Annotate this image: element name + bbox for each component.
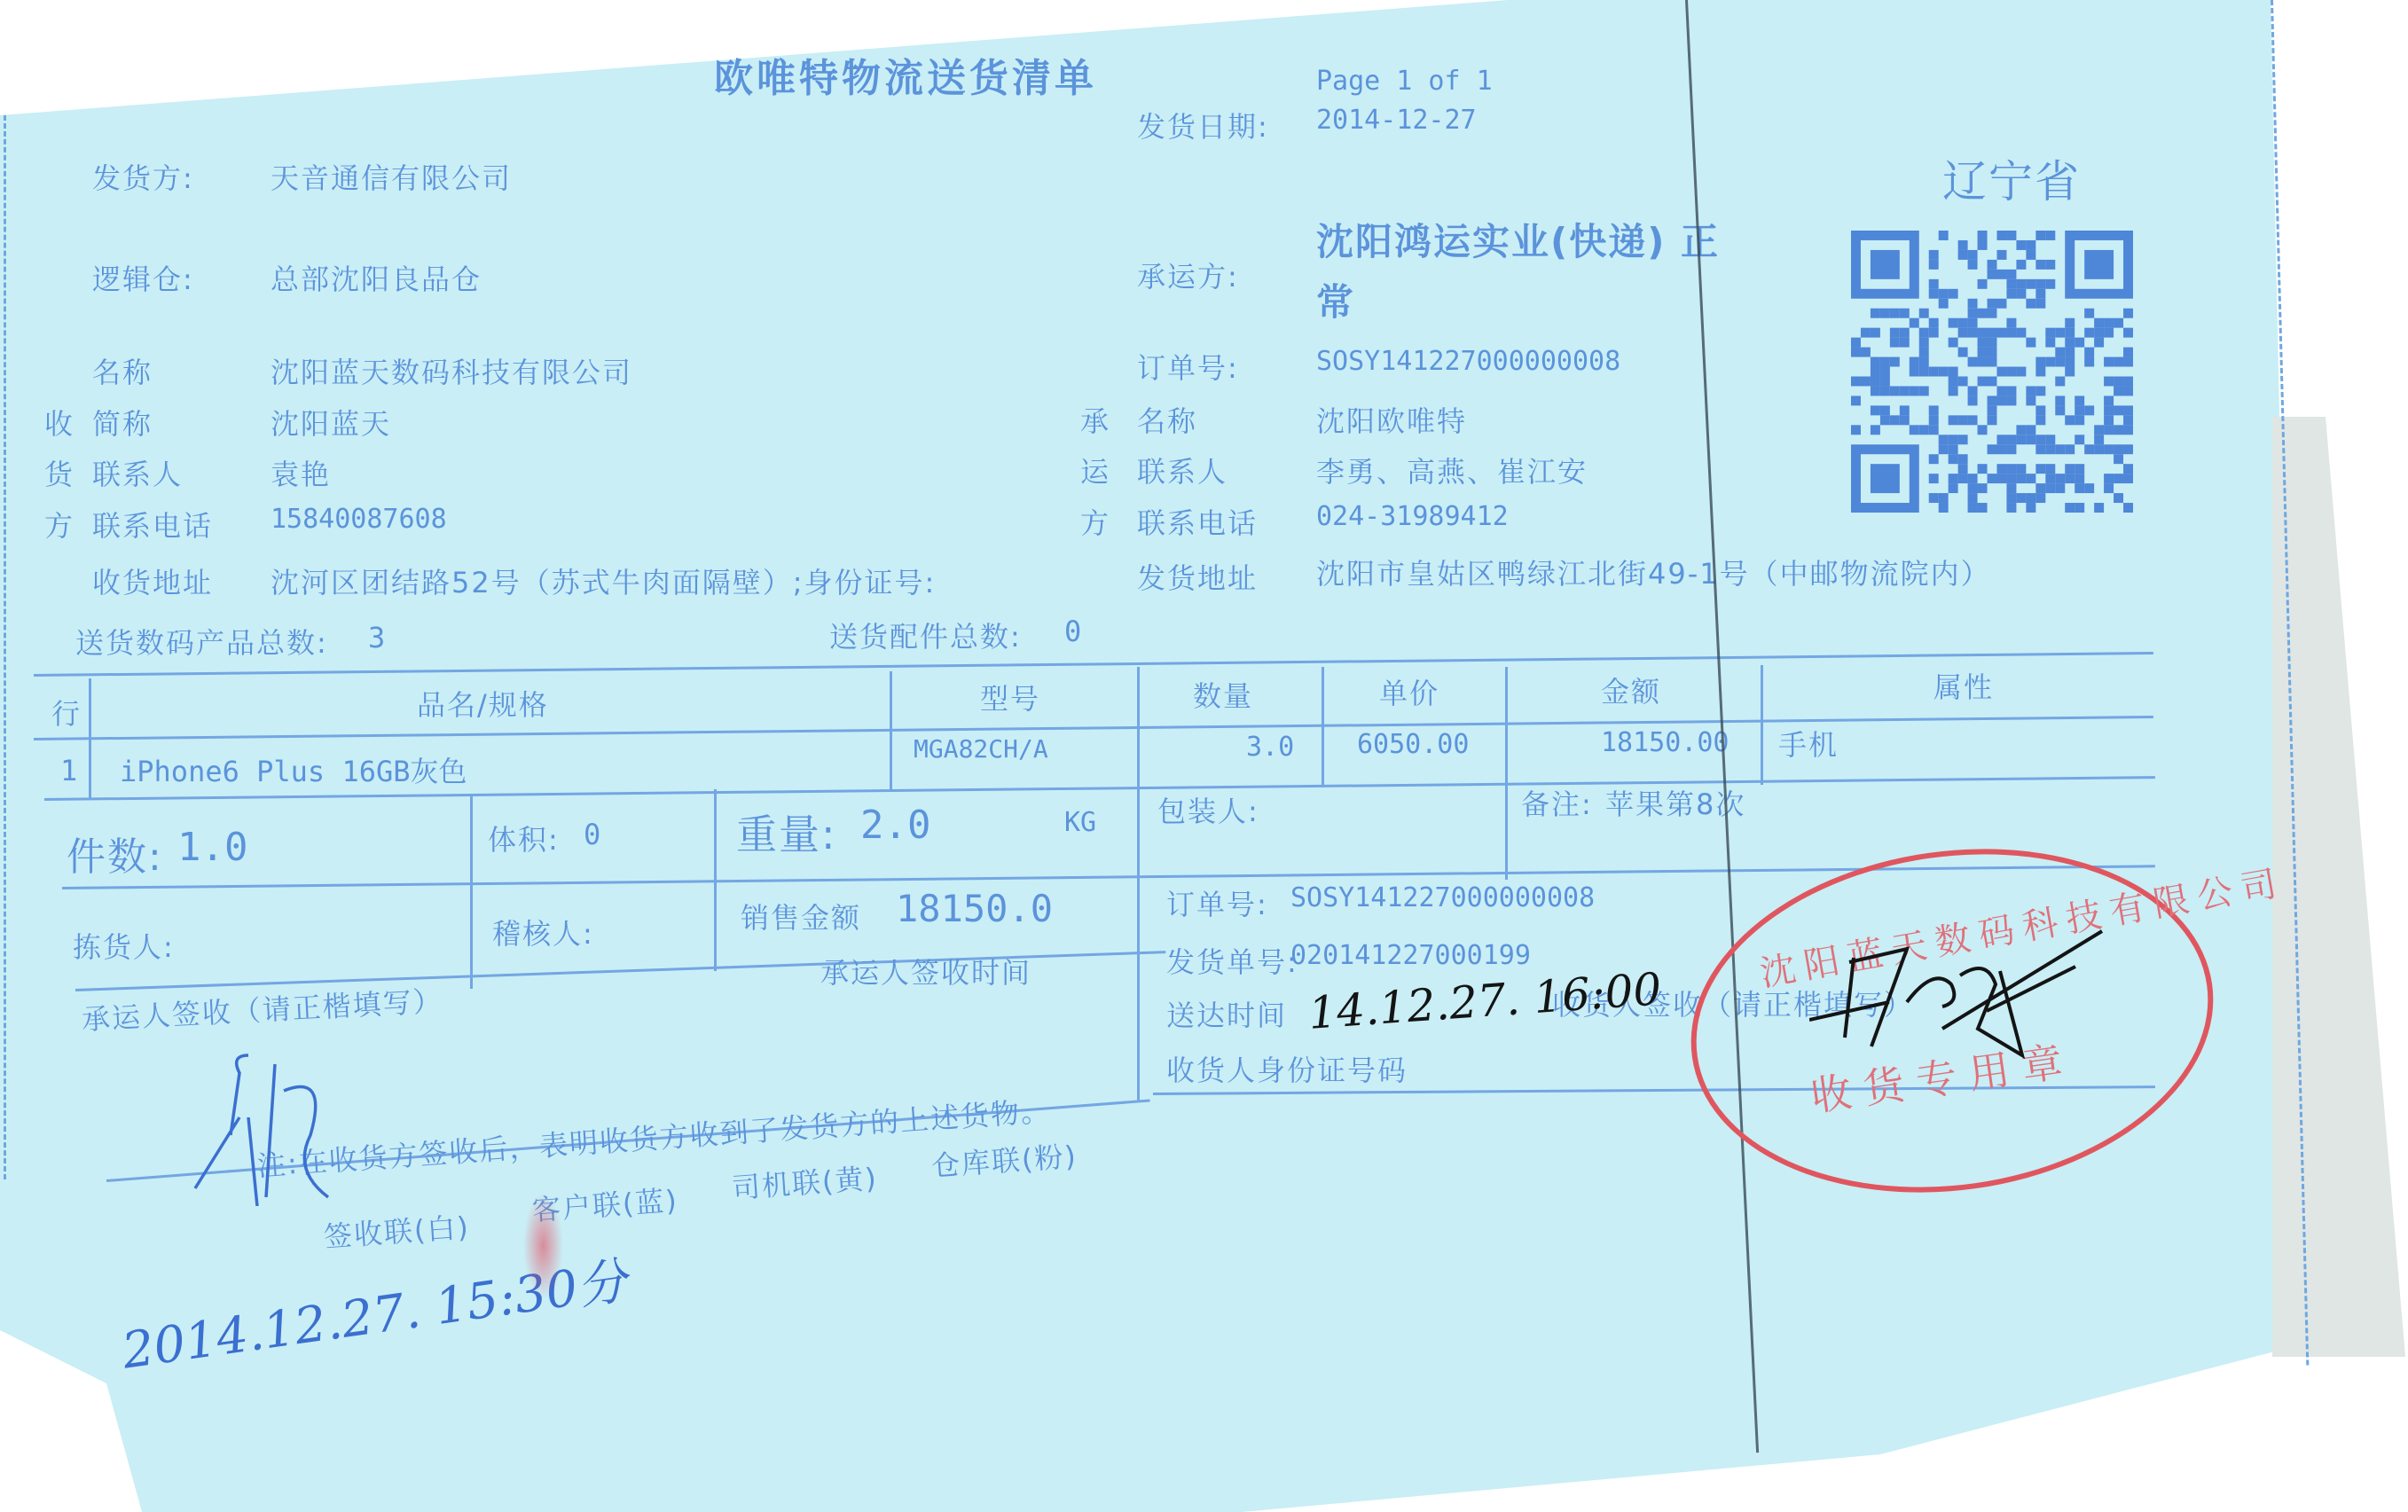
remark-label: 备注: — [1521, 782, 1593, 823]
cell-amount: 18150.00 — [1601, 727, 1730, 758]
receiver-name-label: 名称 — [92, 350, 153, 391]
transporter-address: 沈阳市皇姑区鸭绿江北街49-1号（中邮物流院内） — [1316, 552, 1991, 592]
transporter-contact: 李勇、高燕、崔江安 — [1316, 450, 1588, 490]
receiver-side-2: 货 — [44, 452, 75, 493]
ship-no-label: 发货单号: — [1166, 940, 1298, 981]
weight: 2.0 — [860, 803, 930, 848]
shipper-label: 发货方: — [92, 156, 194, 197]
qr-code — [1851, 231, 2133, 513]
th-model: 型号 — [980, 677, 1040, 717]
receiver-side-1: 收 — [44, 402, 75, 443]
fingerprint — [523, 1193, 563, 1299]
sales-amount: 18150.0 — [896, 887, 1053, 930]
receiver-signature — [1809, 922, 2235, 1100]
receiver-contact: 袁艳 — [271, 452, 331, 493]
page-indicator: Page 1 of 1 — [1316, 66, 1493, 97]
receiver-short-label: 简称 — [92, 402, 153, 443]
sales-label: 销售金额 — [741, 896, 861, 936]
transporter-name-label: 名称 — [1137, 399, 1197, 440]
digital-total: 3 — [368, 621, 385, 654]
packer-label: 包装人: — [1157, 789, 1259, 830]
carrier-value-line2: 常 — [1316, 273, 1355, 326]
cell-price: 6050.00 — [1357, 729, 1469, 760]
receiver-id-label: 收货人身份证号码 — [1166, 1048, 1408, 1089]
receiver-phone: 15840087608 — [271, 504, 447, 535]
receiver-address: 沈河区团结路52号（苏式牛肉面隔壁）;身份证号: — [271, 560, 936, 601]
digital-total-label: 送货数码产品总数: — [75, 621, 328, 662]
ship-date: 2014-12-27 — [1316, 105, 1477, 136]
col-divider-3 — [1137, 667, 1140, 1101]
paper-shadow — [2272, 417, 2405, 1357]
order-label-2: 订单号: — [1166, 882, 1268, 923]
auditor-label: 稽核人: — [492, 912, 594, 952]
transporter-side-2: 运 — [1080, 450, 1110, 490]
carrier-label: 承运方: — [1137, 255, 1239, 295]
transporter-contact-label: 联系人 — [1137, 450, 1228, 490]
col-divider-5 — [1505, 667, 1508, 880]
shipper-value: 天音通信有限公司 — [271, 156, 512, 197]
receiver-name: 沈阳蓝天数码科技有限公司 — [271, 350, 632, 391]
carrier-signature — [177, 1038, 381, 1206]
document-title: 欧唯特物流送货清单 — [714, 46, 1097, 103]
col-divider-4 — [1322, 667, 1324, 787]
transporter-phone-label: 联系电话 — [1137, 501, 1258, 542]
cell-qty: 3.0 — [1246, 732, 1294, 763]
summary-divider-1 — [470, 794, 473, 989]
cell-name: iPhone6 Plus 16GB灰色 — [120, 749, 467, 790]
transporter-side-3: 方 — [1080, 501, 1110, 542]
ship-date-label: 发货日期: — [1137, 105, 1269, 145]
receiver-side-3: 方 — [44, 504, 75, 544]
delivery-time-label: 送达时间 — [1166, 993, 1287, 1034]
pieces: 1.0 — [177, 825, 247, 870]
th-amount: 金额 — [1601, 670, 1661, 710]
picker-label: 拣货人: — [73, 925, 175, 966]
th-name: 品名/规格 — [417, 683, 549, 724]
transporter-address-label: 发货地址 — [1137, 556, 1258, 597]
carrier-time-label: 承运人签收时间 — [820, 951, 1031, 991]
pieces-label: 件数: — [67, 825, 163, 881]
col-divider-6 — [1761, 665, 1763, 785]
transporter-side-1: 承 — [1080, 399, 1110, 440]
warehouse-value: 总部沈阳良品仓 — [271, 257, 482, 298]
receiver-short: 沈阳蓝天 — [271, 402, 391, 443]
cell-row: 1 — [60, 754, 77, 787]
volume: 0 — [584, 818, 600, 851]
accessory-total-label: 送货配件总数: — [829, 615, 1022, 655]
carrier-value-line1: 沈阳鸿运实业(快递) 正 — [1316, 213, 1720, 266]
order-no-label: 订单号: — [1137, 346, 1239, 387]
weight-label: 重量: — [736, 803, 837, 861]
receiver-phone-label: 联系电话 — [92, 504, 213, 544]
volume-label: 体积: — [488, 818, 560, 858]
summary-divider-2 — [714, 789, 717, 971]
weight-unit: KG — [1064, 807, 1096, 838]
province: 辽宁省 — [1942, 146, 2081, 210]
accessory-total: 0 — [1064, 615, 1081, 648]
receiver-address-label: 收货地址 — [92, 560, 213, 601]
th-row: 行 — [51, 692, 82, 732]
receiver-contact-label: 联系人 — [92, 452, 183, 493]
transporter-name: 沈阳欧唯特 — [1316, 399, 1467, 440]
th-qty: 数量 — [1193, 674, 1253, 715]
cell-model: MGA82CH/A — [914, 734, 1048, 764]
left-perforation — [4, 115, 6, 1179]
order-no: SOSY141227000000008 — [1316, 346, 1620, 377]
cell-attr: 手机 — [1778, 723, 1839, 764]
order-2: SOSY141227000000008 — [1290, 882, 1595, 913]
col-divider-2 — [890, 671, 892, 791]
warehouse-label: 逻辑仓: — [92, 257, 194, 298]
th-attr: 属性 — [1933, 665, 1994, 706]
ship-no: 020141227000199 — [1290, 940, 1531, 971]
col-divider-1 — [89, 678, 91, 798]
transporter-phone: 024-31989412 — [1316, 501, 1509, 532]
th-price: 单价 — [1379, 671, 1439, 712]
